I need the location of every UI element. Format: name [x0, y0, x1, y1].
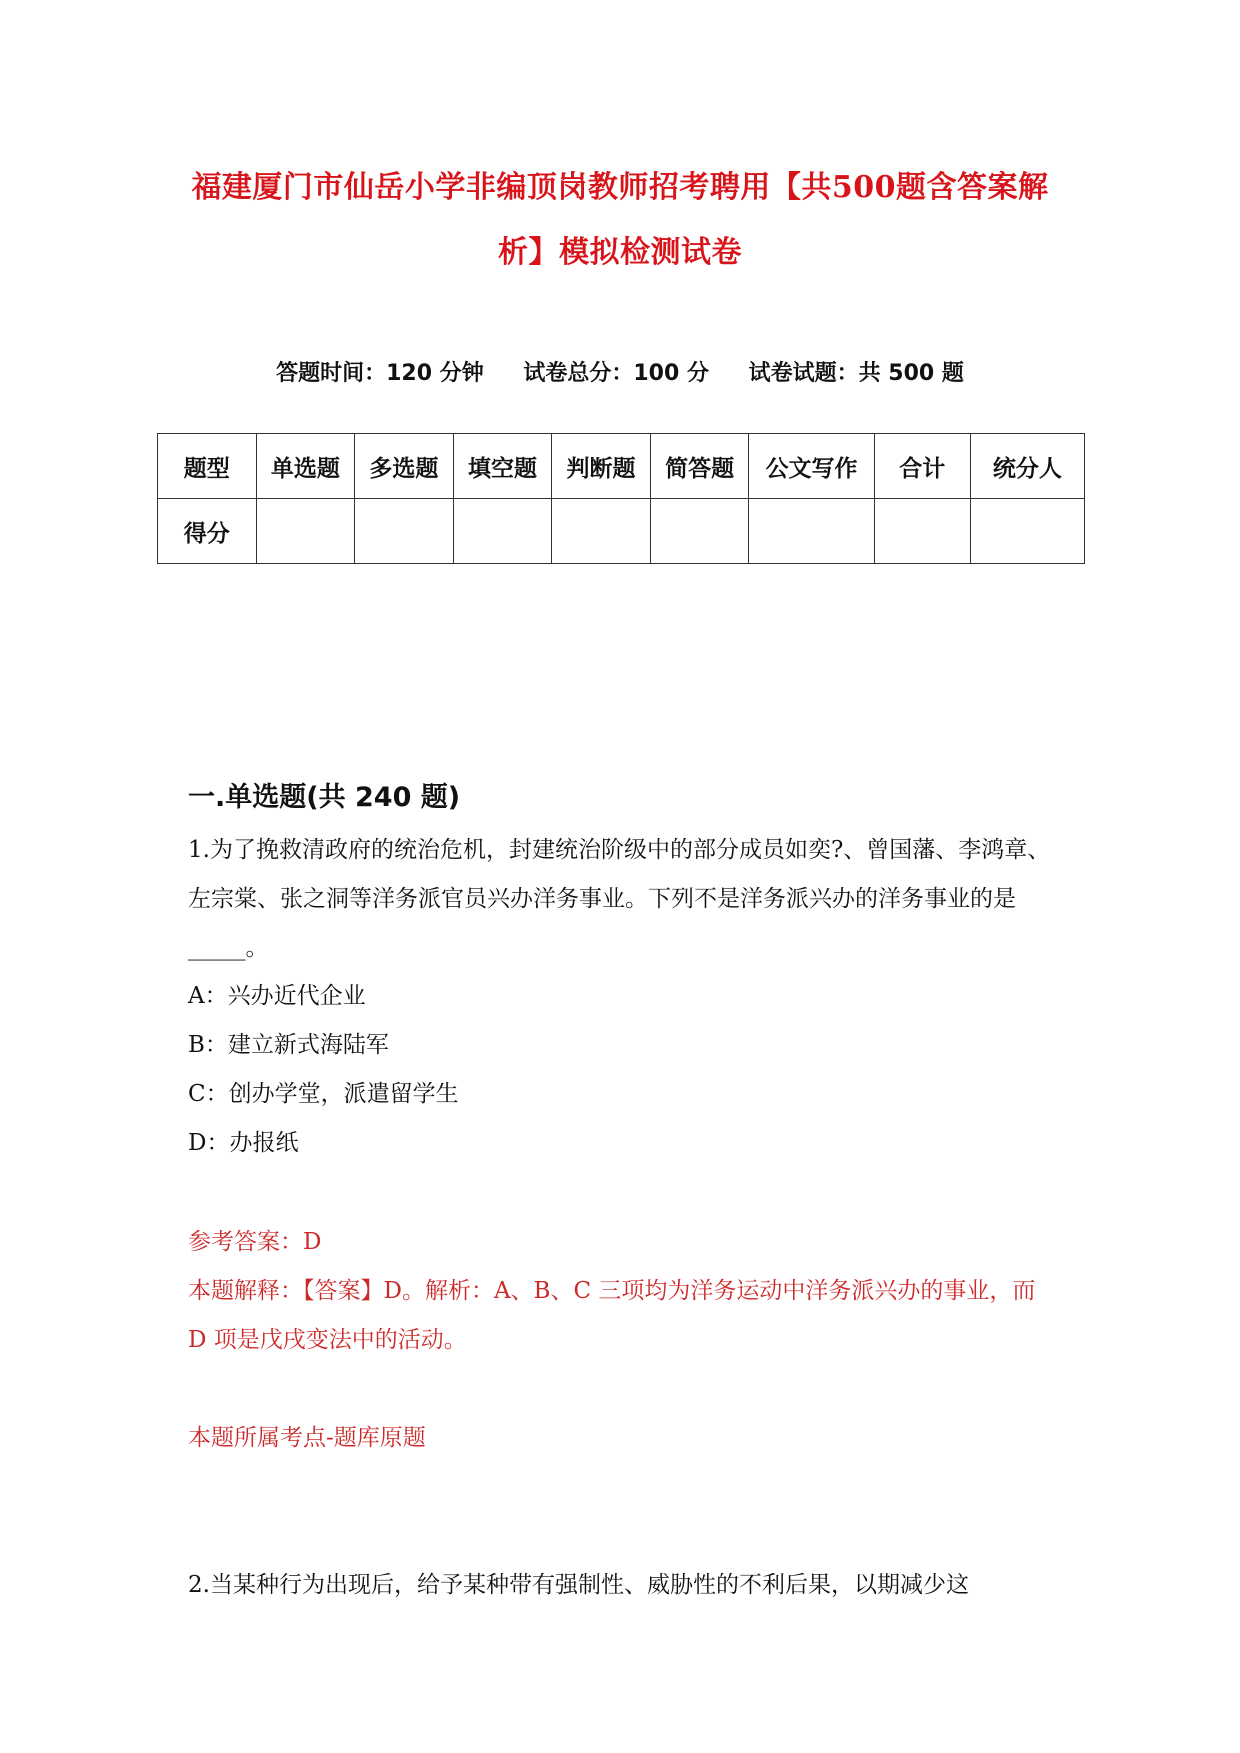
score-table: 题型 单选题 多选题 填空题 判断题 简答题 公文写作 合计 统分人 得分: [157, 433, 1085, 564]
option-d: D：办报纸: [188, 1119, 459, 1168]
title-line-1: 福建厦门市仙岳小学非编顶岗教师招考聘用【共500题含答案解: [190, 155, 1050, 220]
option-a: A：兴办近代企业: [188, 972, 459, 1021]
header-cell-single-choice: 单选题: [256, 434, 355, 499]
question-1-source: 本题所属考点-题库原题: [188, 1414, 1058, 1463]
header-cell-official-writing: 公文写作: [749, 434, 874, 499]
exam-total-score: 试卷总分：100 分: [523, 361, 709, 386]
score-cell: [970, 499, 1084, 564]
question-1-explanation: 本题解释：【答案】D。解析：A、B、C 三项均为洋务运动中洋务派兴办的事业，而 …: [188, 1267, 1058, 1365]
header-cell-total: 合计: [874, 434, 970, 499]
exam-question-count: 试卷试题：共 500 题: [749, 361, 964, 386]
question-1-stem: 1.为了挽救清政府的统治危机，封建统治阶级中的部分成员如奕?、曾国藩、李鸿章、左…: [188, 826, 1058, 973]
score-cell: [552, 499, 651, 564]
score-cell: [650, 499, 749, 564]
exam-meta: 答题时间：120 分钟 试卷总分：100 分 试卷试题：共 500 题: [0, 356, 1240, 387]
score-cell: [874, 499, 970, 564]
title-line-2: 析】模拟检测试卷: [190, 220, 1050, 285]
score-cell: [355, 499, 454, 564]
score-cell: [453, 499, 552, 564]
document-title: 福建厦门市仙岳小学非编顶岗教师招考聘用【共500题含答案解 析】模拟检测试卷: [190, 155, 1050, 285]
question-2-stem: 2.当某种行为出现后，给予某种带有强制性、威胁性的不利后果，以期减少这: [188, 1561, 1058, 1610]
header-cell-scorer: 统分人: [970, 434, 1084, 499]
header-cell-fill-blank: 填空题: [453, 434, 552, 499]
header-cell-short-answer: 简答题: [650, 434, 749, 499]
score-table-score-row: 得分: [158, 499, 1085, 564]
score-table-header-row: 题型 单选题 多选题 填空题 判断题 简答题 公文写作 合计 统分人: [158, 434, 1085, 499]
question-1-options: A：兴办近代企业 B：建立新式海陆军 C：创办学堂，派遣留学生 D：办报纸: [188, 972, 459, 1168]
score-cell: [749, 499, 874, 564]
option-b: B：建立新式海陆军: [188, 1021, 459, 1070]
section-heading: 一.单选题(共 240 题): [188, 775, 460, 814]
header-cell-true-false: 判断题: [552, 434, 651, 499]
exam-time: 答题时间：120 分钟: [276, 361, 484, 386]
option-c: C：创办学堂，派遣留学生: [188, 1070, 459, 1119]
question-1-answer: 参考答案：D: [188, 1218, 1058, 1267]
row-label-score: 得分: [158, 499, 257, 564]
header-cell-multi-choice: 多选题: [355, 434, 454, 499]
header-cell-type: 题型: [158, 434, 257, 499]
score-cell: [256, 499, 355, 564]
